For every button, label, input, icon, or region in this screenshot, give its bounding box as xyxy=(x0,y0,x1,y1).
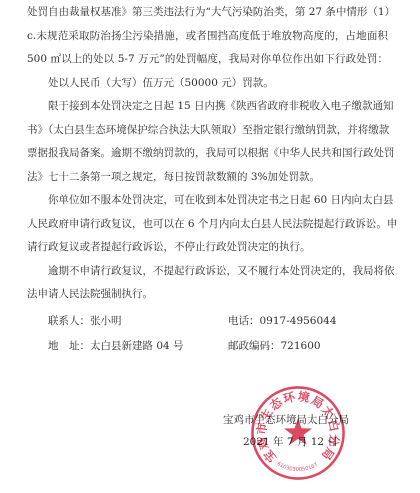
postcode-value: 721600 xyxy=(281,340,321,352)
contact-person-label: 联系人： xyxy=(48,315,90,327)
body-line: 人民政府申请行政复议，也可以在 6 个月内向太白县人民法院提起行政诉讼。申 xyxy=(27,216,388,232)
address-value: 太白县新建路 04 号 xyxy=(90,340,184,352)
address-label: 地 址： xyxy=(48,340,90,352)
phone-label: 电话： xyxy=(228,315,260,327)
body-line: 你单位如不服本处罚决定，可在收到本处罚决定书之日起 60 日内向太白县 xyxy=(48,192,388,208)
body-line: 票据报我局备案。逾期不缴纳罚款的，我局可以根据《中华人民共和国行政处罚 xyxy=(27,145,388,161)
contact-address: 地 址：太白县新建路 04 号 xyxy=(48,338,184,354)
body-line: 逾期不申请行政复议，不提起行政诉讼，又不履行本处罚决定的，我局将依 xyxy=(48,263,388,279)
body-line: 书》（太白县生态环境保护综合执法大队领取）至指定银行缴纳罚款，并将缴款 xyxy=(27,122,388,138)
official-seal: 宝鸡市生态环境局太白分局 6103030050167 xyxy=(249,384,347,482)
star-icon xyxy=(284,418,312,445)
body-line: c.未规范采取防治扬尘污染措施，或者围挡高度低于堆放物高度的，占地面积 xyxy=(27,28,388,44)
contact-person-value: 张小明 xyxy=(90,315,122,327)
contact-phone: 电话：0917-4956044 xyxy=(228,313,337,329)
body-line: 500 ㎡以上的处以 5-7 万元”的处罚幅度，我局对你单位作出如下行政处罚： xyxy=(27,51,388,67)
seal-serial-number: 6103030050167 xyxy=(276,461,319,473)
fine-amount-line: 处以人民币（大写）伍万元（50000 元）罚款。 xyxy=(48,75,388,91)
body-line: 法申请人民法院强制执行。 xyxy=(27,286,388,302)
body-line: 法》七十二条第一项之规定，每日按罚款数额的 3%加处罚款。 xyxy=(27,169,388,185)
phone-value: 0917-4956044 xyxy=(260,315,337,327)
contact-postcode: 邮政编码：721600 xyxy=(228,338,321,354)
contact-person: 联系人：张小明 xyxy=(48,313,122,329)
body-line: 处罚自由裁量权基准》第三类违法行为“大气污染防治类，第 27 条中情形（1） xyxy=(27,4,388,20)
penalty-decision-page: 处罚自由裁量权基准》第三类违法行为“大气污染防治类，第 27 条中情形（1） c… xyxy=(0,0,420,493)
body-line: 限于接到本处罚决定之日起 15 日内携《陕西省政府非税收入电子缴款通知 xyxy=(48,98,388,114)
body-line: 请行政复议或者提起行政诉讼，不停止行政处罚决定的执行。 xyxy=(27,239,388,255)
postcode-label: 邮政编码： xyxy=(228,340,281,352)
